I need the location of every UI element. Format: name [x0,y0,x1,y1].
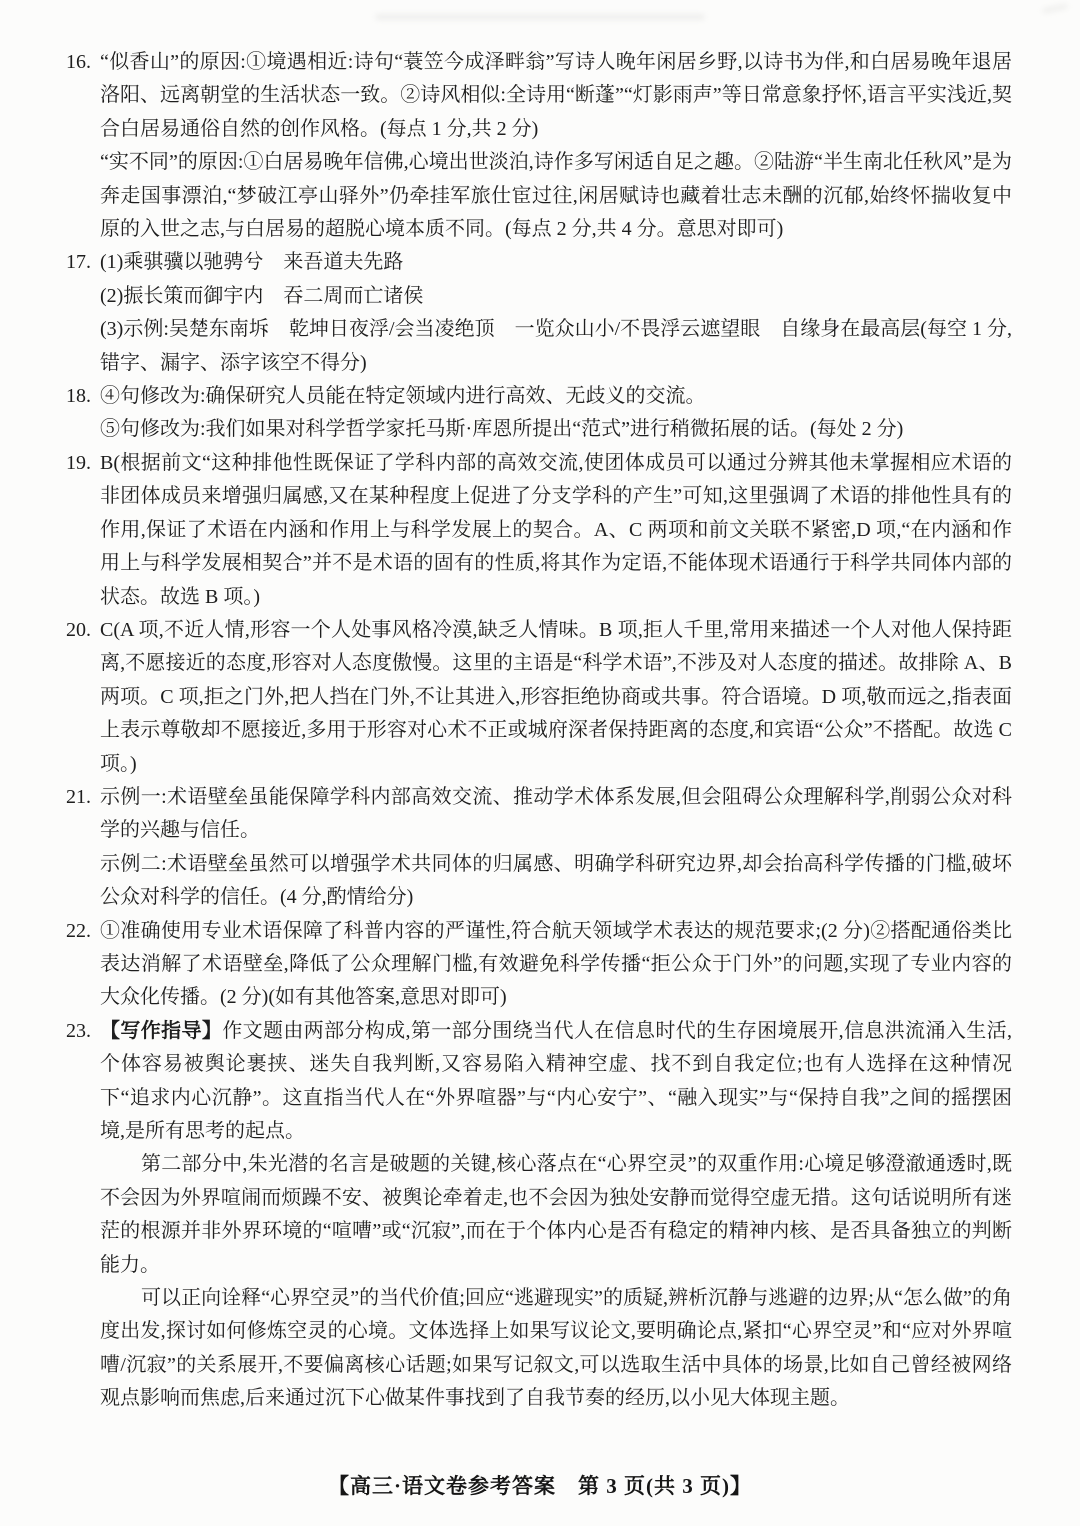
answer-item-23: 23. 【写作指导】作文题由两部分构成,第一部分围绕当代人在信息时代的生存困境展… [66,1015,1012,1416]
answer-paragraph: “实不同”的原因:①白居易晚年信佛,心境出世淡泊,诗作多写闲适自足之趣。②陆游“… [100,146,1012,246]
answer-item-17: 17. (1)乘骐骥以驰骋兮 来吾道夫先路 (2)振长策而御宇内 吞二周而亡诸侯… [66,246,1012,380]
question-number: 17. [66,246,100,279]
answer-body: 示例一:术语壁垒虽能保障学科内部高效交流、推动学术体系发展,但会阻碍公众理解科学… [100,781,1012,915]
answer-item-20: 20. C(A 项,不近人情,形容一个人处事风格冷漠,缺乏人情味。B 项,拒人千… [66,614,1012,781]
answer-paragraph: 可以正向诠释“心界空灵”的当代价值;回应“逃避现实”的质疑,辨析沉静与逃避的边界… [100,1282,1012,1416]
answer-paragraph: (2)振长策而御宇内 吞二周而亡诸侯 [100,280,1012,313]
answer-body: “似香山”的原因:①境遇相近:诗句“蓑笠今成泽畔翁”写诗人晚年闲居乡野,以诗书为… [100,46,1012,246]
question-number: 22. [66,915,100,948]
answer-paragraph: (1)乘骐骥以驰骋兮 来吾道夫先路 [100,246,1012,279]
question-number: 20. [66,614,100,647]
question-number: 16. [66,46,100,79]
answer-body: 【写作指导】作文题由两部分构成,第一部分围绕当代人在信息时代的生存困境展开,信息… [100,1015,1012,1416]
answer-paragraph: ④句修改为:确保研究人员能在特定领域内进行高效、无歧义的交流。 [100,380,1012,413]
scan-smudge [375,14,705,20]
question-number: 21. [66,781,100,814]
answer-item-21: 21. 示例一:术语壁垒虽能保障学科内部高效交流、推动学术体系发展,但会阻碍公众… [66,781,1012,915]
answer-paragraph: (3)示例:吴楚东南坼 乾坤日夜浮/会当凌绝顶 一览众山小/不畏浮云遮望眼 自缘… [100,313,1012,380]
answer-item-16: 16. “似香山”的原因:①境遇相近:诗句“蓑笠今成泽畔翁”写诗人晚年闲居乡野,… [66,46,1012,246]
answer-paragraph: B(根据前文“这种排他性既保证了学科内部的高效交流,使团体成员可以通过分辨其他未… [100,447,1012,614]
answer-body: (1)乘骐骥以驰骋兮 来吾道夫先路 (2)振长策而御宇内 吞二周而亡诸侯 (3)… [100,246,1012,380]
answer-paragraph-text: 作文题由两部分构成,第一部分围绕当代人在信息时代的生存困境展开,信息洪流涌入生活… [100,1020,1012,1142]
question-number: 23. [66,1015,100,1048]
answer-item-22: 22. ①准确使用专业术语保障了科普内容的严谨性,符合航天领域学术表达的规范要求… [66,915,1012,1015]
answer-item-19: 19. B(根据前文“这种排他性既保证了学科内部的高效交流,使团体成员可以通过分… [66,447,1012,614]
answer-paragraph: ⑤句修改为:我们如果对科学哲学家托马斯·库恩所提出“范式”进行稍微拓展的话。(每… [100,413,1012,446]
page-footer: 【高三·语文卷参考答案 第 3 页(共 3 页)】 [0,1470,1080,1500]
answer-body: C(A 项,不近人情,形容一个人处事风格冷漠,缺乏人情味。B 项,拒人千里,常用… [100,614,1012,781]
answer-body: B(根据前文“这种排他性既保证了学科内部的高效交流,使团体成员可以通过分辨其他未… [100,447,1012,614]
answer-paragraph: “似香山”的原因:①境遇相近:诗句“蓑笠今成泽畔翁”写诗人晚年闲居乡野,以诗书为… [100,46,1012,146]
answer-body: ④句修改为:确保研究人员能在特定领域内进行高效、无歧义的交流。 ⑤句修改为:我们… [100,380,1012,447]
answer-body: ①准确使用专业术语保障了科普内容的严谨性,符合航天领域学术表达的规范要求;(2 … [100,915,1012,1015]
answer-item-18: 18. ④句修改为:确保研究人员能在特定领域内进行高效、无歧义的交流。 ⑤句修改… [66,380,1012,447]
answer-paragraph: C(A 项,不近人情,形容一个人处事风格冷漠,缺乏人情味。B 项,拒人千里,常用… [100,614,1012,781]
answer-paragraph: 第二部分中,朱光潜的名言是破题的关键,核心落点在“心界空灵”的双重作用:心境足够… [100,1148,1012,1282]
question-number: 18. [66,380,100,413]
answers-list: 16. “似香山”的原因:①境遇相近:诗句“蓑笠今成泽畔翁”写诗人晚年闲居乡野,… [0,0,1080,1416]
question-number: 19. [66,447,100,480]
answer-paragraph: 示例一:术语壁垒虽能保障学科内部高效交流、推动学术体系发展,但会阻碍公众理解科学… [100,781,1012,848]
answer-paragraph: 示例二:术语壁垒虽然可以增强学术共同体的归属感、明确学科研究边界,却会抬高科学传… [100,848,1012,915]
answer-paragraph: 【写作指导】作文题由两部分构成,第一部分围绕当代人在信息时代的生存困境展开,信息… [100,1015,1012,1149]
answer-paragraph: ①准确使用专业术语保障了科普内容的严谨性,符合航天领域学术表达的规范要求;(2 … [100,915,1012,1015]
writing-guide-label: 【写作指导】 [100,1020,222,1042]
answer-sheet-page: 16. “似香山”的原因:①境遇相近:诗句“蓑笠今成泽畔翁”写诗人晚年闲居乡野,… [0,0,1080,1526]
